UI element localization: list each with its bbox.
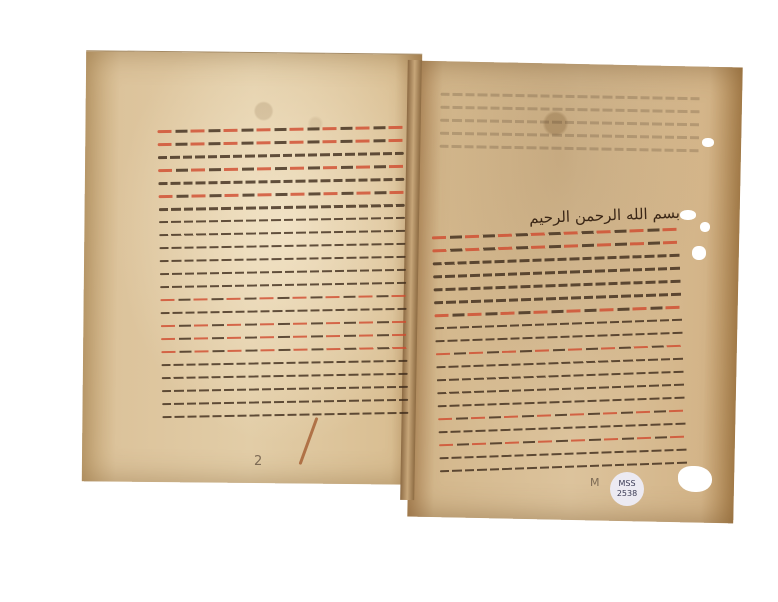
paper-hole bbox=[678, 466, 712, 492]
bleed-through-text bbox=[439, 93, 700, 162]
pencil-folio-number: 2 bbox=[254, 454, 262, 469]
paper-hole bbox=[700, 222, 710, 232]
paper-hole bbox=[702, 138, 714, 147]
paper-hole bbox=[692, 246, 706, 260]
left-page-text bbox=[157, 126, 408, 429]
manuscript-photo: بسم الله الرحمن الرحيم 2 M MSS 2538 bbox=[0, 0, 778, 602]
sticker-line-1: MSS bbox=[610, 479, 644, 489]
shelfmark-sticker: MSS 2538 bbox=[610, 472, 644, 506]
paper-hole bbox=[680, 210, 696, 220]
pencil-mark: M bbox=[590, 476, 600, 489]
sticker-line-2: 2538 bbox=[610, 489, 644, 499]
right-page-text bbox=[432, 228, 688, 483]
